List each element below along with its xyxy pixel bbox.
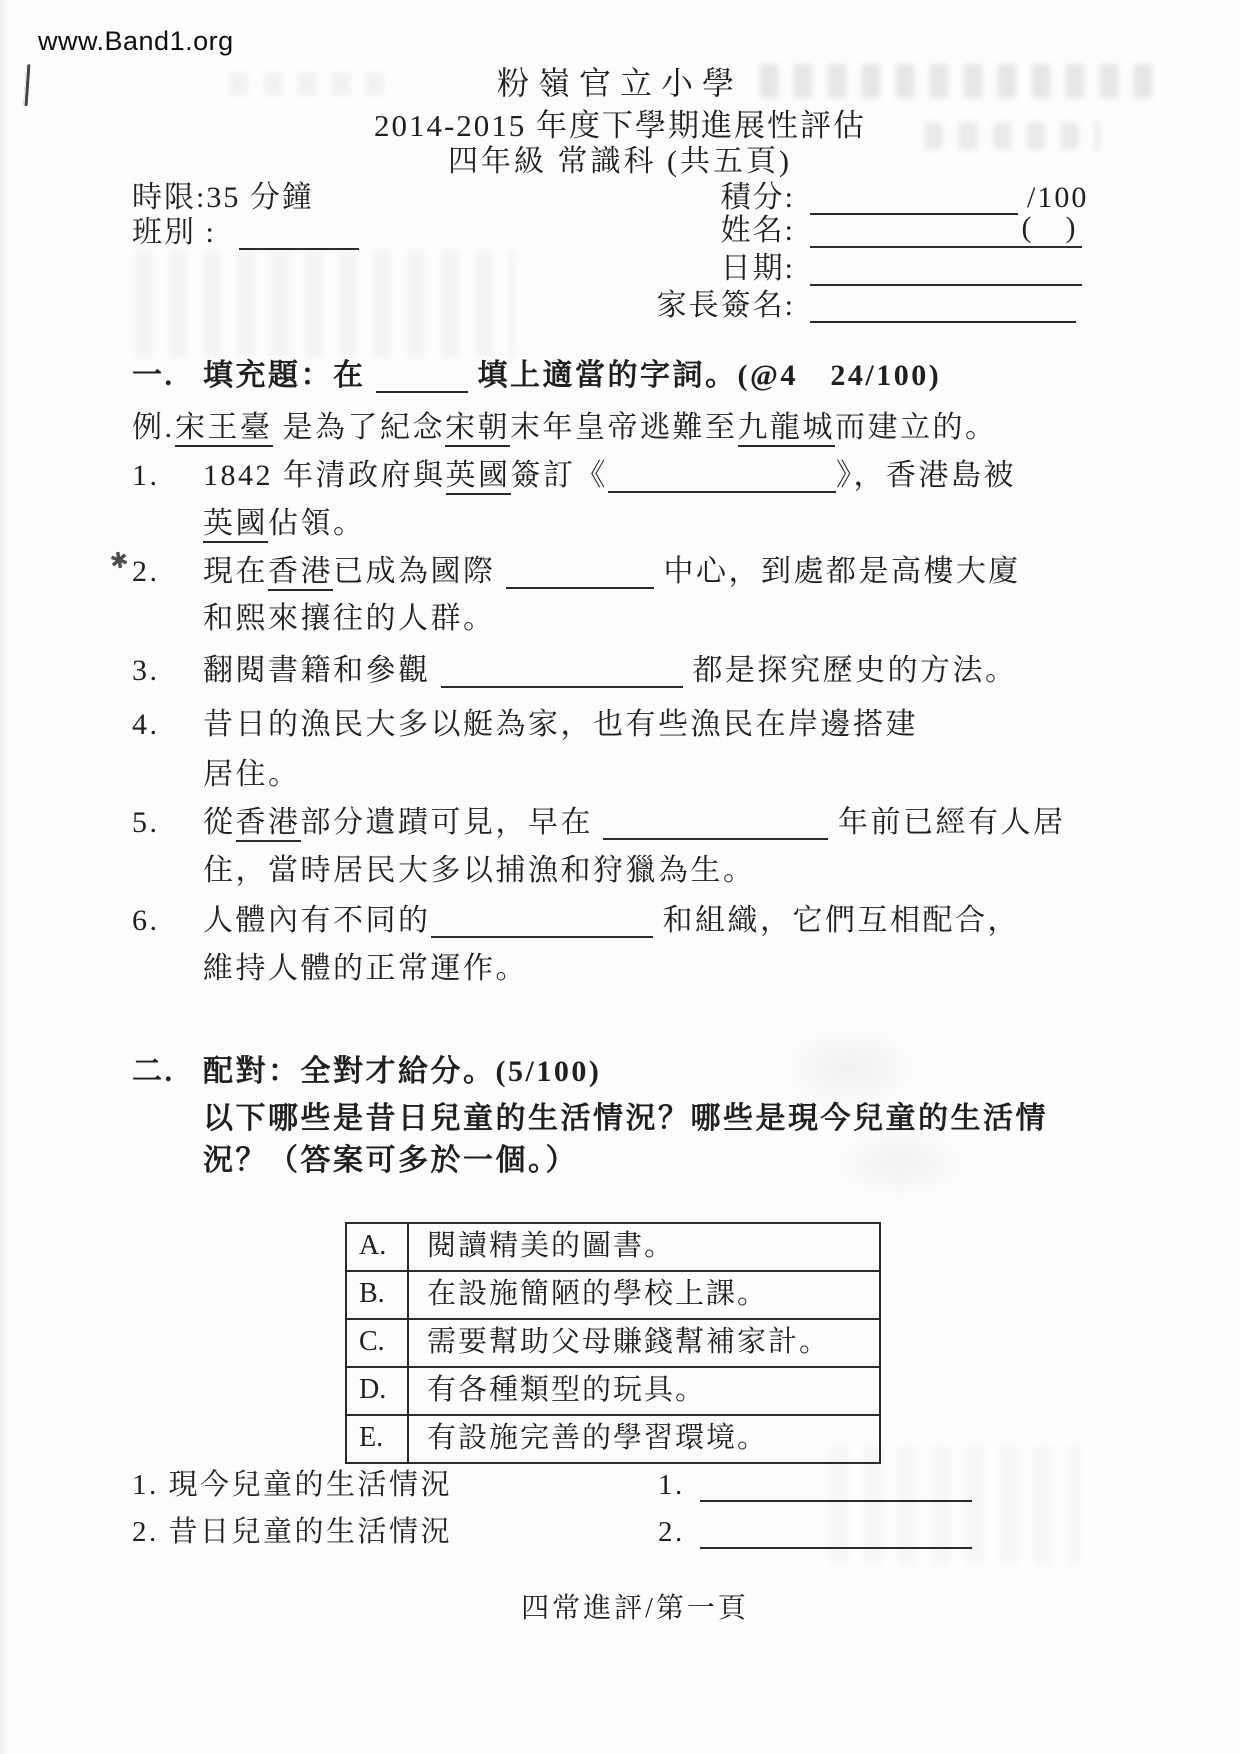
text-segment: 是為了紀念 — [273, 411, 446, 444]
answer-2-blank-field — [700, 1513, 972, 1549]
question-1-line-2: 英國佔領。 — [132, 505, 366, 543]
example-number: 例. — [132, 409, 175, 447]
blank-field — [608, 461, 836, 493]
name-class-number-paren: ( ) — [1022, 202, 1078, 246]
answer-1-number: 1. — [658, 1466, 685, 1504]
option-c-letter: C. — [347, 1320, 409, 1366]
answer-1-blank-field — [700, 1466, 972, 1502]
text-segment: 填充題：在 — [203, 359, 376, 392]
question-6-line-1: 6.人體內有不同的 和組織，它們互相配合， — [132, 902, 1020, 940]
option-a-text: 閱讀精美的圖書。 — [409, 1224, 879, 1270]
blank-field — [441, 656, 683, 688]
blank-field — [431, 906, 653, 938]
text-segment: 現在 — [203, 555, 268, 588]
question-4-number: 4. — [132, 706, 203, 744]
class-label: 班別 : — [132, 216, 216, 249]
text-segment: 維持人體的正常運作。 — [203, 952, 528, 985]
text-segment: 和組織，它們互相配合， — [653, 904, 1021, 937]
question-4-line-2: 居住。 — [132, 756, 301, 794]
option-c-text: 需要幫助父母賺錢幫補家計。 — [409, 1320, 879, 1366]
class-field: 班別 : — [132, 207, 359, 251]
text-segment: 和熙來攘往的人群。 — [203, 602, 496, 635]
section-two-intro-line-1: 以下哪些是昔日兒童的生活情況？哪些是現今兒童的生活情 — [203, 1100, 1048, 1138]
star-annotation-icon: ✱ — [108, 547, 131, 576]
text-segment: 中心，到處都是高樓大廈 — [654, 555, 1022, 588]
parent-signature-field: 家長簽名: — [560, 280, 1076, 324]
example-text: 宋王臺 是為了紀念宋朝末年皇帝逃難至九龍城而建立的。 — [175, 411, 998, 447]
option-row-b: B. 在設施簡陋的學校上課。 — [347, 1270, 879, 1318]
text-segment: 年前已經有人居 — [828, 806, 1066, 839]
text-segment: 部分遺蹟可見，早在 — [301, 806, 604, 839]
answer-2-label: 2. 昔日兒童的生活情況 — [132, 1516, 452, 1548]
question-3-number: 3. — [132, 652, 203, 690]
blank-field — [376, 361, 468, 393]
text-segment: 住，當時居民大多以捕漁和狩獵為生。 — [203, 854, 756, 887]
underlined-term: 香港 — [268, 555, 333, 591]
question-4-line-1: 4.昔日的漁民大多以艇為家，也有些漁民在岸邊搭建 — [132, 706, 918, 744]
blank-field — [603, 808, 828, 840]
text-segment: 翻閱書籍和參觀 — [203, 654, 441, 687]
question-6-number: 6. — [132, 902, 203, 940]
option-row-c: C. 需要幫助父母賺錢幫補家計。 — [347, 1318, 879, 1366]
question-2-text: 現在香港已成為國際 中心，到處都是高樓大廈 — [203, 555, 1021, 588]
question-6-text: 人體內有不同的 和組織，它們互相配合， — [203, 904, 1020, 937]
option-row-a: A. 閱讀精美的圖書。 — [347, 1224, 879, 1270]
answer-2-number: 2. — [658, 1513, 685, 1551]
option-b-text: 在設施簡陋的學校上課。 — [409, 1272, 879, 1318]
section-two-title: 配對：全對才給分。(5/100) — [203, 1055, 601, 1088]
underlined-term: 宋王臺 — [175, 411, 273, 447]
exam-paper-page: www.Band1.org 粉嶺官立小學 2014-2015 年度下學期進展性評… — [0, 0, 1240, 1754]
option-row-d: D. 有各種類型的玩具。 — [347, 1366, 879, 1414]
options-table: A. 閱讀精美的圖書。 B. 在設施簡陋的學校上課。 C. 需要幫助父母賺錢幫補… — [345, 1222, 881, 1464]
option-e-letter: E. — [347, 1416, 409, 1462]
question-3-line-1: 3.翻閱書籍和參觀 都是探究歷史的方法。 — [132, 652, 1018, 690]
text-segment: 末年皇帝逃難至 — [510, 411, 738, 444]
question-2-number: 2. — [132, 553, 203, 591]
text-segment: 已成為國際 — [333, 555, 506, 588]
page-footer: 四常進評/第一頁 — [0, 1586, 1240, 1626]
section-one-heading: 一.填充題：在 填上適當的字詞。(@4 24/100) — [132, 357, 941, 395]
question-5-line-1: 5.從香港部分遺蹟可見，早在 年前已經有人居 — [132, 804, 1066, 842]
question-5-text: 從香港部分遺蹟可見，早在 年前已經有人居 — [203, 806, 1066, 839]
example-row: 例.宋王臺 是為了紀念宋朝末年皇帝逃難至九龍城而建立的。 — [132, 409, 998, 447]
text-segment: 居住。 — [203, 758, 301, 791]
option-b-letter: B. — [347, 1272, 409, 1318]
underlined-term: 香港 — [236, 806, 301, 842]
option-a-letter: A. — [347, 1224, 409, 1270]
section-two-intro-line-2: 況？（答案可多於一個。） — [203, 1142, 578, 1180]
section-one-number: 一. — [132, 357, 203, 395]
school-name: 粉嶺官立小學 — [0, 58, 1240, 104]
question-3-text: 翻閱書籍和參觀 都是探究歷史的方法。 — [203, 654, 1018, 687]
option-e-text: 有設施完善的學習環境。 — [409, 1416, 879, 1462]
text-segment: 佔領。 — [268, 507, 366, 540]
question-4-text: 昔日的漁民大多以艇為家，也有些漁民在岸邊搭建 — [203, 708, 918, 741]
parent-signature-label: 家長簽名: — [560, 280, 795, 324]
section-one-title: 填充題：在 填上適當的字詞。(@4 24/100) — [203, 359, 941, 392]
question-1-text: 1842 年清政府與英國簽訂《》，香港島被 — [203, 459, 1016, 492]
section-two-number: 二. — [132, 1053, 203, 1091]
parent-signature-blank-field — [810, 291, 1076, 323]
class-blank-field — [239, 218, 359, 250]
text-segment: 人體內有不同的 — [203, 904, 431, 937]
text-segment: 從 — [203, 806, 236, 839]
text-segment: 而建立的。 — [835, 411, 998, 444]
text-segment: 昔日的漁民大多以艇為家，也有些漁民在岸邊搭建 — [203, 708, 918, 741]
text-segment: 》，香港島被 — [836, 459, 1016, 492]
option-d-text: 有各種類型的玩具。 — [409, 1368, 879, 1414]
text-segment: 簽訂《 — [511, 459, 609, 492]
answer-row-1: 1. 現今兒童的生活情況 1. — [132, 1466, 1132, 1504]
underlined-term: 九龍城 — [738, 411, 836, 447]
question-1-line-1: 1.1842 年清政府與英國簽訂《》，香港島被 — [132, 457, 1016, 495]
underlined-term: 英國 — [446, 459, 511, 495]
question-2-line-2: 和熙來攘往的人群。 — [132, 600, 496, 638]
question-5-line-2: 住，當時居民大多以捕漁和狩獵為生。 — [132, 852, 756, 890]
answer-1-label: 1. 現今兒童的生活情況 — [132, 1469, 452, 1501]
question-1-number: 1. — [132, 457, 203, 495]
text-segment: 1842 年清政府與 — [203, 459, 446, 492]
bleed-through-artifact — [135, 252, 515, 356]
watermark: www.Band1.org — [38, 26, 234, 57]
text-segment: 填上適當的字詞。(@4 24/100) — [468, 359, 942, 392]
underlined-term: 宋朝 — [445, 411, 510, 447]
option-row-e: E. 有設施完善的學習環境。 — [347, 1414, 879, 1462]
question-2-line-1: 2.現在香港已成為國際 中心，到處都是高樓大廈 — [132, 553, 1021, 591]
option-d-letter: D. — [347, 1368, 409, 1414]
question-5-number: 5. — [132, 804, 203, 842]
question-6-line-2: 維持人體的正常運作。 — [132, 950, 528, 988]
section-two-heading: 二.配對：全對才給分。(5/100) — [132, 1053, 601, 1091]
answer-row-2: 2. 昔日兒童的生活情況 2. — [132, 1513, 1132, 1551]
blank-field — [506, 557, 654, 589]
text-segment: 都是探究歷史的方法。 — [683, 654, 1018, 687]
underlined-term: 英國 — [203, 507, 268, 543]
